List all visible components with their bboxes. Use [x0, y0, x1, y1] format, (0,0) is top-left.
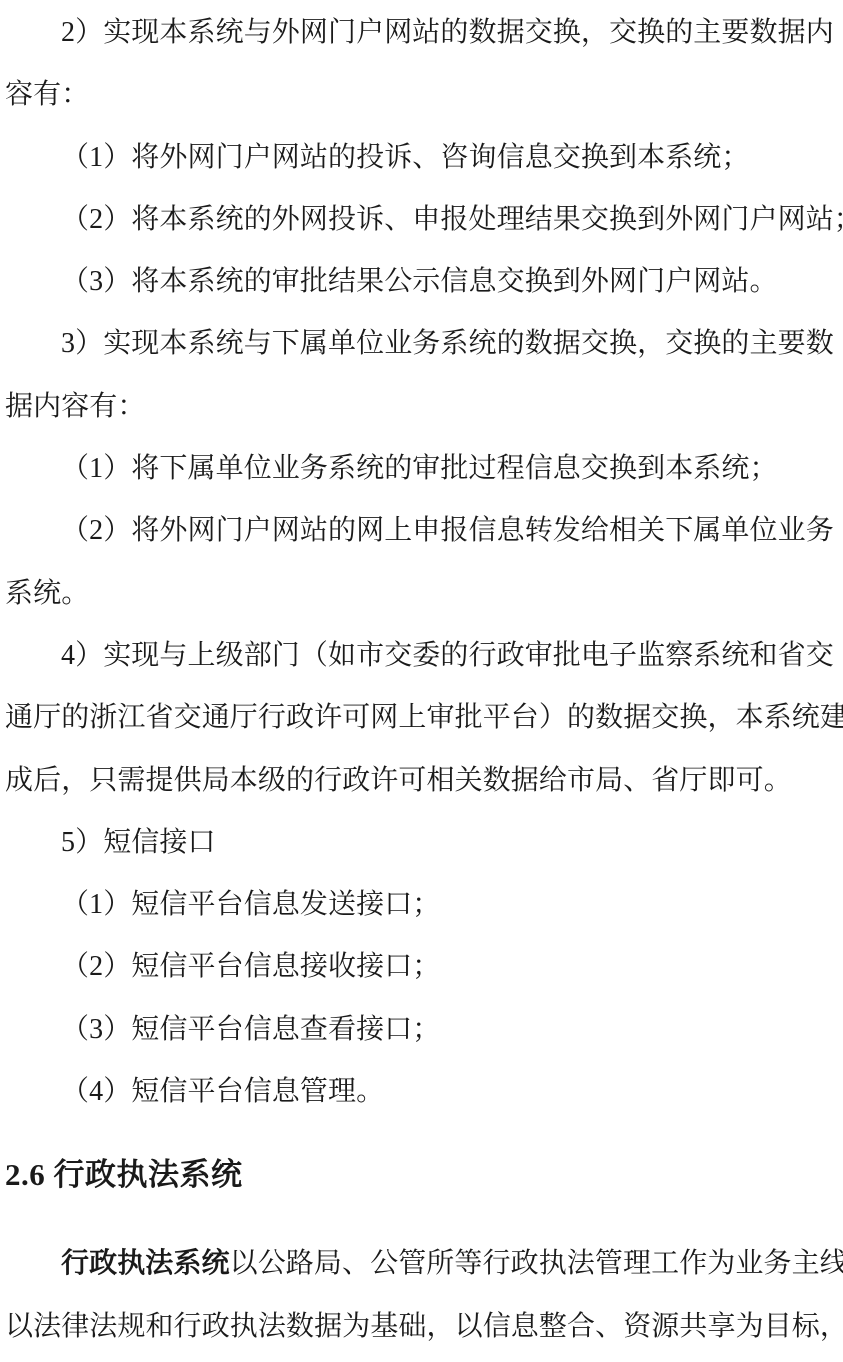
- text-line: 据内容有：: [5, 376, 843, 438]
- text-line: （1）将下属单位业务系统的审批过程信息交换到本系统；: [5, 438, 843, 500]
- text-line: （3）将本系统的审批结果公示信息交换到外网门户网站。: [5, 251, 843, 313]
- text-line: （2）将本系统的外网投诉、申报处理结果交换到外网门户网站；: [5, 189, 843, 251]
- text-line: 3）实现本系统与下属单位业务系统的数据交换，交换的主要数: [5, 313, 843, 375]
- document-page: 2）实现本系统与外网门户网站的数据交换，交换的主要数据内 容有： （1）将外网门…: [0, 0, 843, 1362]
- text-line: 通厅的浙江省交通厅行政许可网上审批平台）的数据交换，本系统建: [5, 687, 843, 749]
- text-line: 5）短信接口: [5, 812, 843, 874]
- text-line: 4）实现与上级部门（如市交委的行政审批电子监察系统和省交: [5, 625, 843, 687]
- text-line: 成后，只需提供局本级的行政许可相关数据给市局、省厅即可。: [5, 750, 843, 812]
- text-line: （2）短信平台信息接收接口；: [5, 936, 843, 998]
- section-heading: 2.6 行政执法系统: [5, 1143, 843, 1207]
- paragraph-text: 以公路局、公管所等行政执法管理工作为业务主线，: [230, 1248, 843, 1279]
- text-line: （4）短信平台信息管理。: [5, 1061, 843, 1123]
- text-line: （1）短信平台信息发送接口；: [5, 874, 843, 936]
- text-line: 2）实现本系统与外网门户网站的数据交换，交换的主要数据内: [5, 2, 843, 64]
- text-line: （1）将外网门户网站的投诉、咨询信息交换到本系统；: [5, 127, 843, 189]
- text-line: 以法律法规和行政执法数据为基础，以信息整合、资源共享为目标，: [5, 1296, 843, 1358]
- text-line: （2）将外网门户网站的网上申报信息转发给相关下属单位业务: [5, 500, 843, 562]
- text-line: 行政执法系统以公路局、公管所等行政执法管理工作为业务主线，: [5, 1233, 843, 1295]
- text-line: 系统。: [5, 563, 843, 625]
- text-line: （3）短信平台信息查看接口；: [5, 999, 843, 1061]
- text-line: 容有：: [5, 64, 843, 126]
- bold-lead-text: 行政执法系统: [61, 1248, 230, 1279]
